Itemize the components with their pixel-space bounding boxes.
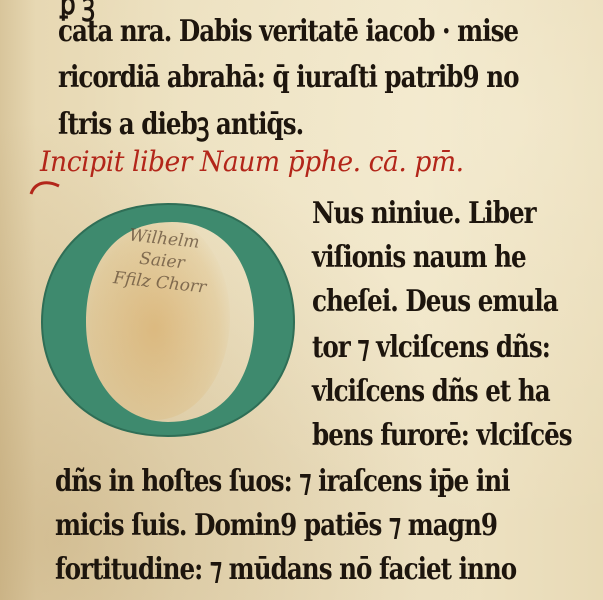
text-line-2: ricordiā abrahā: q̄ iuraſti patrib9 no: [58, 60, 519, 95]
text-line-8: vlciſcens dñs et ha: [312, 374, 550, 409]
text-line-12: fortitudine: ⁊ mūdans nō faciet inno: [55, 552, 516, 587]
text-line-3: ſtris a diebꝫ antiq̄s.: [58, 102, 303, 143]
text-line-7: tor ⁊ vlciſcens dñs:: [312, 330, 550, 365]
rubric-heading: Incipit liber Naum p̄phe. cā. pm̄.: [40, 145, 464, 178]
text-line-9: bens furorē: vlciſcēs: [312, 418, 572, 453]
text-line-5: viſionis naum he: [312, 240, 526, 275]
text-line-1: cata nra. Dabis veritatē iacob · mise: [58, 14, 518, 49]
bible-page: ꝑ ꝫ cata nra. Dabis veritatē iacob · mis…: [0, 0, 603, 600]
text-line-4: Nus niniue. Liber: [312, 196, 536, 231]
text-line-10: dñs in hoſtes ſuos: ⁊ iraſcens ip̄e ini: [55, 464, 509, 499]
text-line-11: micis ſuis. Domin9 patiēs ⁊ magn9: [55, 508, 497, 543]
text-line-6: cheſei. Deus emula: [312, 284, 558, 319]
